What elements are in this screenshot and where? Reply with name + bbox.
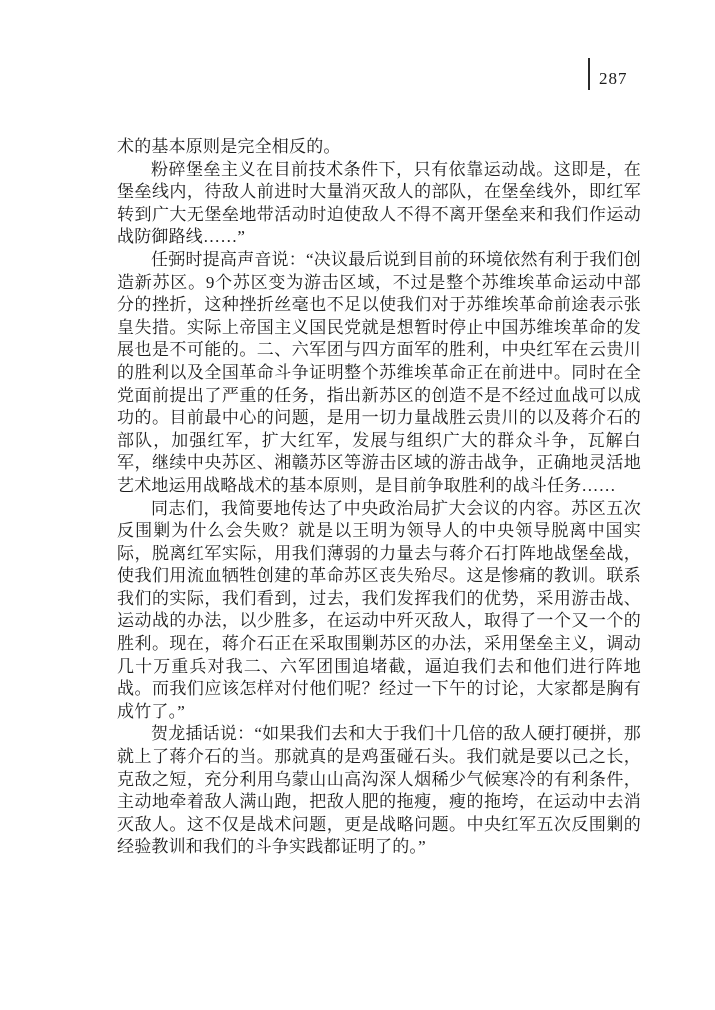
paragraph: 同志们，我简要地传达了中央政治局扩大会议的内容。苏区五次反围剿为什么会失败？就是… xyxy=(117,498,641,724)
page-number: 287 xyxy=(599,70,628,90)
paragraph: 术的基本原则是完全相反的。 xyxy=(117,136,641,159)
paragraph: 粉碎堡垒主义在目前技术条件下，只有依靠运动战。这即是，在堡垒线内，待敌人前进时大… xyxy=(117,159,641,249)
paragraph: 任弼时提高声音说：“决议最后说到目前的环境依然有利于我们创造新苏区。9个苏区变为… xyxy=(117,249,641,498)
text-block: 术的基本原则是完全相反的。 粉碎堡垒主义在目前技术条件下，只有依靠运动战。这即是… xyxy=(117,136,641,859)
page-number-rule xyxy=(588,58,590,90)
book-page: 287 术的基本原则是完全相反的。 粉碎堡垒主义在目前技术条件下，只有依靠运动战… xyxy=(0,0,715,1010)
page-header: 287 xyxy=(588,58,628,90)
paragraph: 贺龙插话说：“如果我们去和大于我们十几倍的敌人硬打硬拼，那就上了蒋介石的当。那就… xyxy=(117,723,641,859)
